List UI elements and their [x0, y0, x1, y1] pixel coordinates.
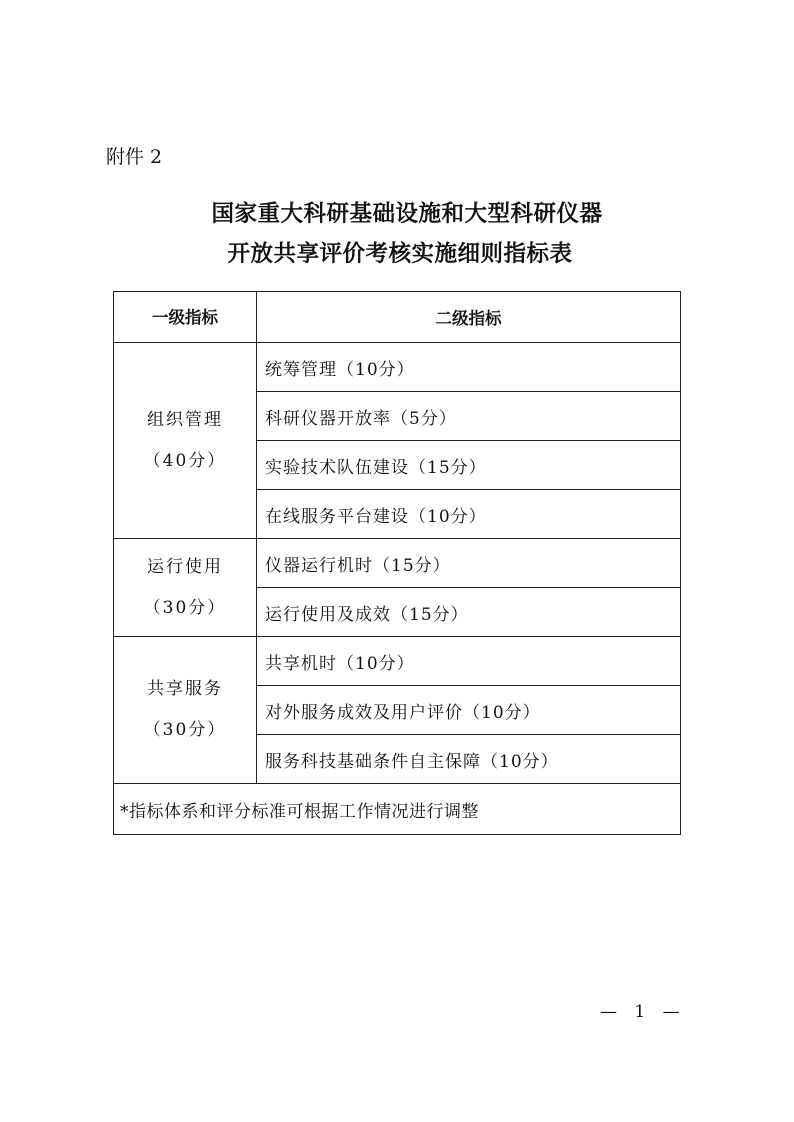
group-organization-management: 组织管理 （40分） — [114, 343, 257, 539]
table-row: 共享服务 （30分） 共享机时（10分） — [114, 637, 681, 686]
table-header-row: 一级指标 二级指标 — [114, 292, 681, 343]
indicator-table: 一级指标 二级指标 组织管理 （40分） 统筹管理（10分） 科研仪器开放率（5… — [113, 291, 681, 835]
group-name: 共享服务 — [114, 669, 256, 710]
sub-indicator: 仪器运行机时（15分） — [257, 539, 681, 588]
table-note: *指标体系和评分标准可根据工作情况进行调整 — [114, 784, 681, 835]
sub-indicator: 对外服务成效及用户评价（10分） — [257, 686, 681, 735]
document-title-line-1: 国家重大科研基础设施和大型科研仪器 — [10, 196, 794, 228]
header-second-level: 二级指标 — [257, 292, 681, 343]
table-row: 组织管理 （40分） 统筹管理（10分） — [114, 343, 681, 392]
group-name: 组织管理 — [114, 400, 256, 441]
sub-indicator: 服务科技基础条件自主保障（10分） — [257, 735, 681, 784]
header-first-level: 一级指标 — [114, 292, 257, 343]
group-score: （30分） — [114, 710, 256, 751]
group-score: （30分） — [114, 588, 256, 629]
table-row: 运行使用 （30分） 仪器运行机时（15分） — [114, 539, 681, 588]
page-number: — 1 — — [600, 1002, 686, 1022]
sub-indicator: 实验技术队伍建设（15分） — [257, 441, 681, 490]
attachment-label: 附件 2 — [106, 142, 162, 169]
document-title-line-2: 开放共享评价考核实施细则指标表 — [3, 236, 794, 268]
sub-indicator: 科研仪器开放率（5分） — [257, 392, 681, 441]
group-operation-usage: 运行使用 （30分） — [114, 539, 257, 637]
sub-indicator: 运行使用及成效（15分） — [257, 588, 681, 637]
sub-indicator: 在线服务平台建设（10分） — [257, 490, 681, 539]
sub-indicator: 共享机时（10分） — [257, 637, 681, 686]
group-shared-service: 共享服务 （30分） — [114, 637, 257, 784]
group-name: 运行使用 — [114, 547, 256, 588]
group-score: （40分） — [114, 441, 256, 482]
sub-indicator: 统筹管理（10分） — [257, 343, 681, 392]
table-note-row: *指标体系和评分标准可根据工作情况进行调整 — [114, 784, 681, 835]
